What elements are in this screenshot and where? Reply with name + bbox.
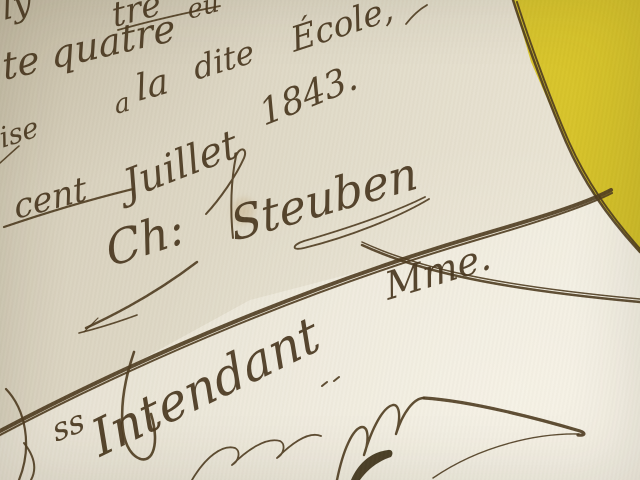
upper-sheet-handwriting: ly tre eu École, te quatre ise a la dite… [0, 0, 429, 333]
word-cent: cent [11, 169, 90, 228]
paraph-sweep-stroke [424, 398, 584, 435]
word-mme: Mme. [380, 234, 494, 310]
paper-edge-shade [517, 2, 640, 250]
word-la: la [133, 60, 171, 110]
word-ise: ise [0, 110, 41, 155]
paper-edge-highlight [513, 0, 640, 252]
signature-umlaut-marks [322, 377, 339, 386]
left-edge-stroke-1 [6, 389, 26, 480]
signature-wave-stroke [192, 435, 321, 480]
word-intendant: Intendant [83, 304, 328, 469]
paraph-scallops [337, 398, 424, 480]
word-ecole: École, [286, 0, 396, 61]
signature-prefix-ch: Ch: [101, 200, 189, 278]
ecole-comma-stroke [406, 5, 427, 24]
ink-and-creases-layer: ly tre eu École, te quatre ise a la dite… [0, 0, 640, 480]
word-juillet: Juillet [112, 121, 243, 211]
ch-underline-1 [86, 262, 197, 328]
word-a: a [112, 87, 132, 121]
paraph-wedge-stroke [351, 450, 392, 480]
lower-sheet-handwriting: ss Intendant Mme. [6, 234, 584, 480]
word-year-1843: 1843. [255, 56, 362, 135]
photo-of-letter: ly tre eu École, te quatre ise a la dite… [0, 0, 640, 480]
paraph-return-stroke [433, 434, 579, 478]
word-dite: dite [190, 32, 257, 88]
word-ly: ly [0, 0, 35, 29]
